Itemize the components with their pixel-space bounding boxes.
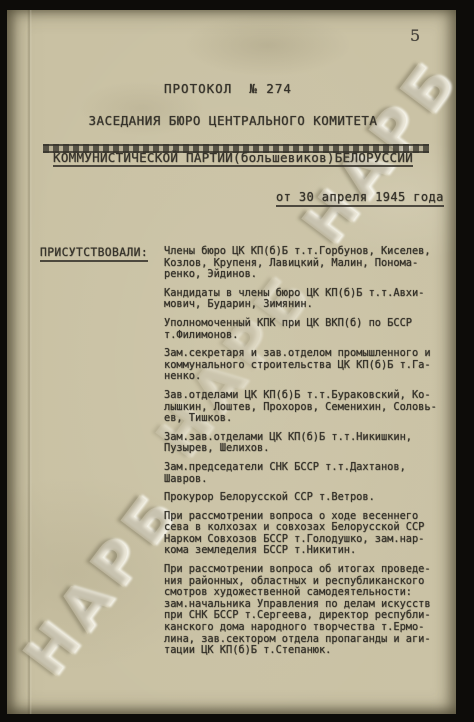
document-paper: НАРБ НАРБ НАРБ 5 ПРОТОКОЛ № 274 ЗАСЕДАНИ…: [7, 10, 456, 714]
date-line: от 30 апреля 1945 года: [276, 190, 444, 207]
attendee-paragraph: Уполномоченный КПК при ЦК ВКП(б) по БССР…: [164, 318, 456, 341]
attendee-paragraph: Зам.председатели СНК БССР т.т.Дахтанов, …: [164, 462, 456, 485]
attendee-paragraph: Члены бюро ЦК КП(б)Б т.т.Горбунов, Кисел…: [164, 246, 456, 281]
attendee-paragraph: Кандидаты в члены бюро ЦК КП(б)Б т.т.Авх…: [164, 288, 456, 311]
attendee-paragraph: Зав.отделами ЦК КП(б)Б т.т.Бураковский, …: [164, 390, 456, 425]
attendees-label: ПРИСУТСТВОВАЛИ:: [40, 246, 148, 262]
attendee-paragraph: Зам.зав.отделами ЦК КП(б)Б т.т.Никишкин,…: [164, 432, 456, 455]
page-number: 5: [410, 26, 420, 45]
scan-background: НАРБ НАРБ НАРБ 5 ПРОТОКОЛ № 274 ЗАСЕДАНИ…: [0, 0, 474, 722]
attendee-paragraph: При рассмотрении вопроса об итогах прове…: [164, 564, 456, 657]
protocol-title: ПРОТОКОЛ № 274: [164, 81, 292, 96]
attendee-paragraph: Зам.секретаря и зав.отделом промышленног…: [164, 348, 456, 383]
decorative-chain-rule: [43, 144, 429, 153]
attendees-list: Члены бюро ЦК КП(б)Б т.т.Горбунов, Кисел…: [164, 246, 456, 664]
session-title-line1: ЗАСЕДАНИЯ БЮРО ЦЕНТРАЛЬНОГО КОМИТЕТА: [27, 113, 439, 128]
session-title: ЗАСЕДАНИЯ БЮРО ЦЕНТРАЛЬНОГО КОМИТЕТА КОМ…: [27, 113, 439, 167]
attendee-paragraph: При рассмотрении вопроса о ходе весеннег…: [164, 511, 456, 557]
attendee-paragraph: Прокурор Белорусской ССР т.Ветров.: [164, 492, 456, 504]
